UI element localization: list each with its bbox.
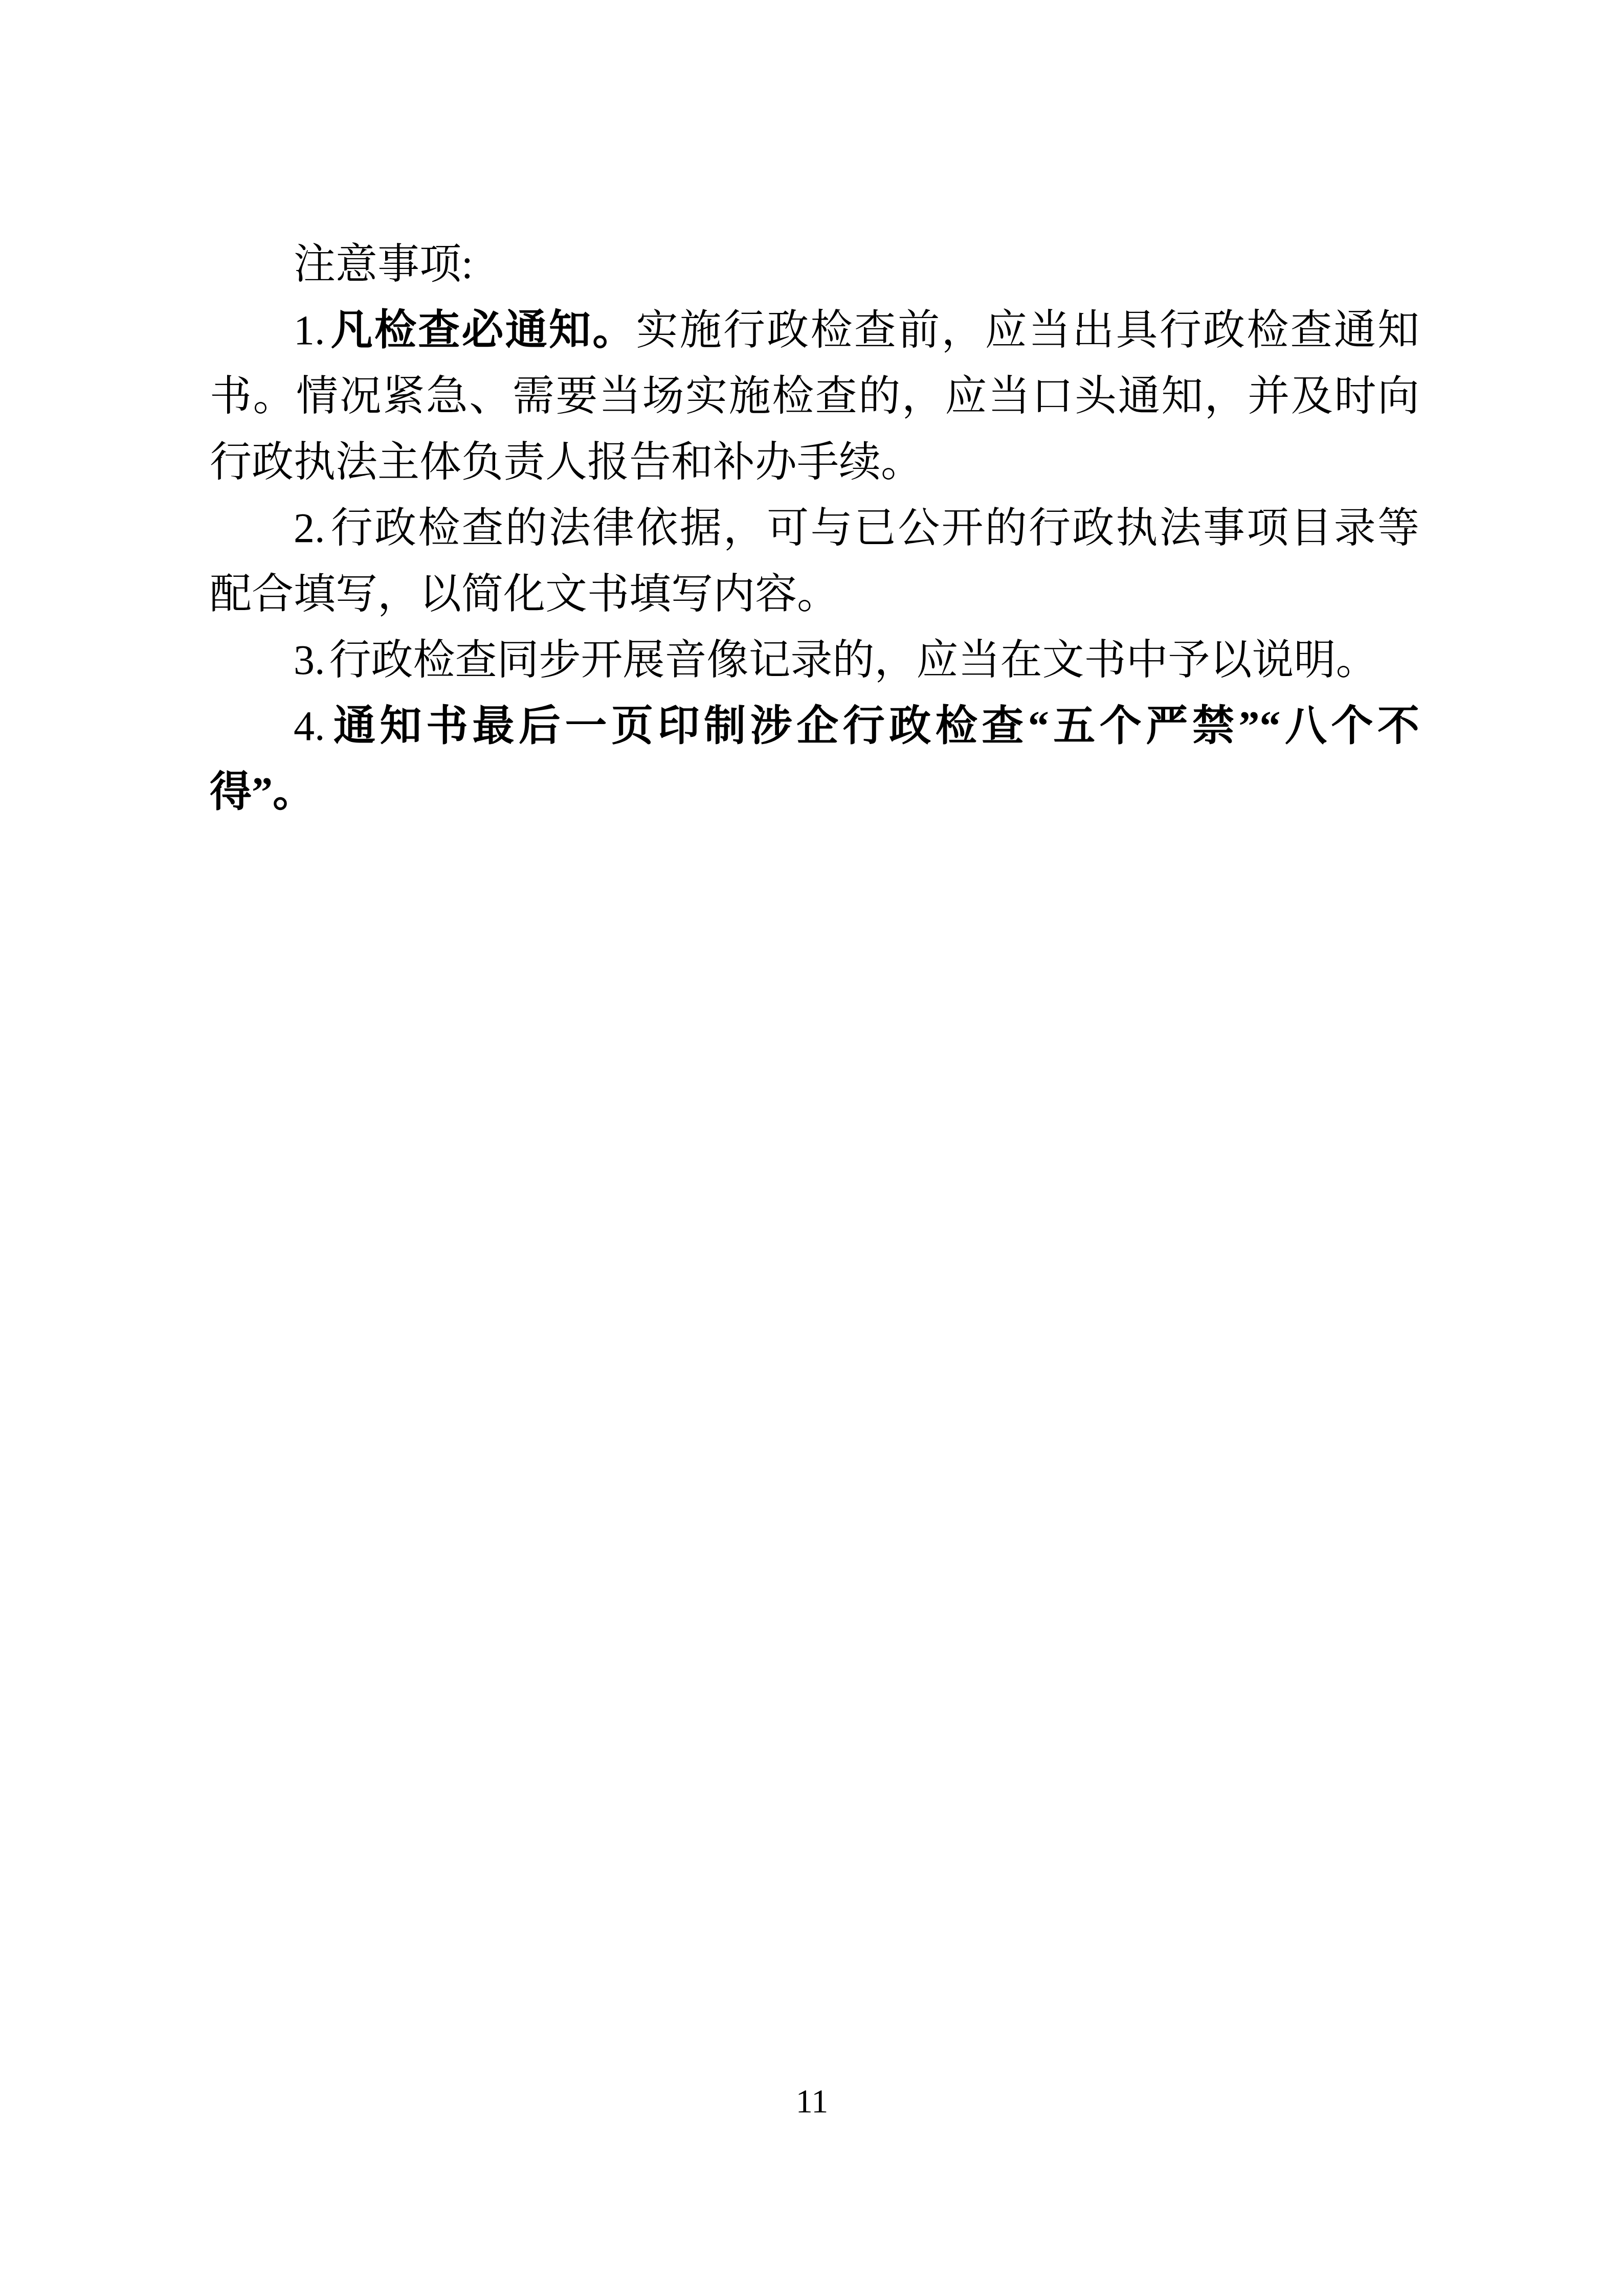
note-item-4: 4.通知书最后一页印制涉企行政检查“五个严禁”“八个不得”。 [210, 693, 1419, 825]
item-3-number: 3. [294, 637, 329, 683]
notes-heading: 注意事项: [210, 231, 1419, 297]
note-item-3: 3.行政检查同步开展音像记录的，应当在文书中予以说明。 [210, 627, 1419, 693]
note-item-1: 1.凡检查必通知。实施行政检查前，应当出具行政检查通知书。情况紧急、需要当场实施… [210, 297, 1419, 495]
item-1-lead-text: 凡检查必通知。 [329, 307, 636, 353]
item-4-number: 4. [294, 703, 329, 749]
document-page: 注意事项: 1.凡检查必通知。实施行政检查前，应当出具行政检查通知书。情况紧急、… [0, 0, 1624, 2296]
item-4-lead-text: 通知书最后一页印制涉企行政检查“五个严禁”“八个不得”。 [210, 703, 1419, 815]
item-2-number: 2. [294, 505, 329, 551]
note-item-2: 2.行政检查的法律依据，可与已公开的行政执法事项目录等配合填写，以简化文书填写内… [210, 495, 1419, 627]
notes-section: 注意事项: 1.凡检查必通知。实施行政检查前，应当出具行政检查通知书。情况紧急、… [210, 231, 1419, 825]
item-2-body-text: 行政检查的法律依据，可与已公开的行政执法事项目录等配合填写，以简化文书填写内容。 [210, 505, 1419, 617]
page-number: 11 [0, 2081, 1624, 2122]
item-1-number: 1. [294, 307, 329, 353]
notes-heading-text: 注意事项: [294, 241, 473, 287]
item-3-body-text: 行政检查同步开展音像记录的，应当在文书中予以说明。 [329, 637, 1378, 683]
